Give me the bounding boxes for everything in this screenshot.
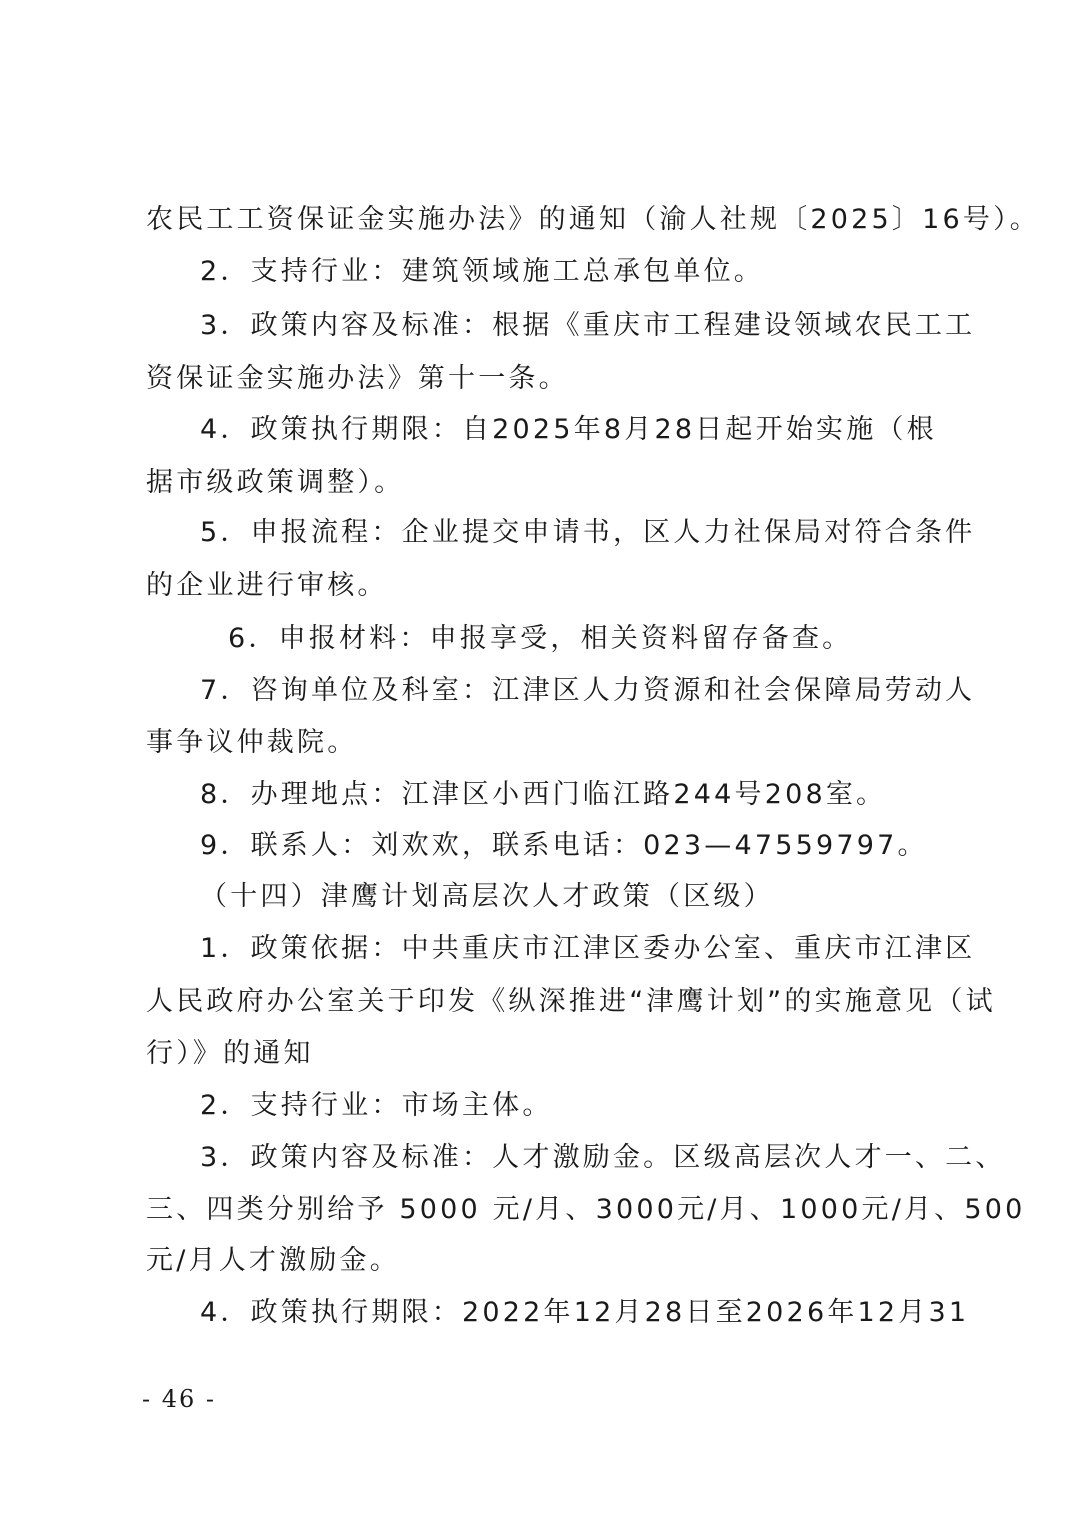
text-line: 7．咨询单位及科室：江津区人力资源和社会保障局劳动人	[200, 674, 975, 708]
text-line: 1．政策依据：中共重庆市江津区委办公室、重庆市江津区	[200, 932, 975, 966]
text-line: 行）》的通知	[146, 1037, 314, 1071]
section-heading: （十四）津鹰计划高层次人才政策（区级）	[200, 880, 774, 914]
text-line: 元/月人才激励金。	[146, 1244, 400, 1278]
text-line: 2．支持行业：市场主体。	[200, 1089, 553, 1123]
text-line: 3．政策内容及标准：人才激励金。区级高层次人才一、二、	[200, 1141, 1006, 1175]
text-line: 3．政策内容及标准：根据《重庆市工程建设领域农民工工	[200, 309, 975, 343]
text-line: 5．申报流程：企业提交申请书，区人力社保局对符合条件	[200, 516, 975, 550]
text-line: 三、四类分别给予 5000 元/月、3000元/月、1000元/月、500	[146, 1193, 1026, 1227]
text-line: 的企业进行审核。	[146, 569, 388, 603]
text-line: 事争议仲裁院。	[146, 726, 357, 760]
text-line: 6．申报材料：申报享受，相关资料留存备查。	[228, 622, 852, 656]
page-number: - 46 -	[142, 1385, 216, 1413]
text-line: 9．联系人：刘欢欢，联系电话：023—47559797。	[200, 829, 928, 863]
text-line: 2．支持行业：建筑领域施工总承包单位。	[200, 255, 764, 289]
text-line: 人民政府办公室关于印发《纵深推进“津鹰计划”的实施意见（试	[146, 985, 996, 1019]
text-line: 资保证金实施办法》第十一条。	[146, 362, 569, 396]
text-line: 4．政策执行期限：2022年12月28日至2026年12月31	[200, 1296, 969, 1330]
text-line: 据市级政策调整）。	[146, 466, 404, 500]
text-line: 8．办理地点：江津区小西门临江路244号208室。	[200, 778, 886, 812]
text-line: 4．政策执行期限：自2025年8月28日起开始实施（根	[200, 413, 937, 447]
text-line: 农民工工资保证金实施办法》的通知（渝人社规〔2025〕16号）。	[146, 203, 1040, 237]
